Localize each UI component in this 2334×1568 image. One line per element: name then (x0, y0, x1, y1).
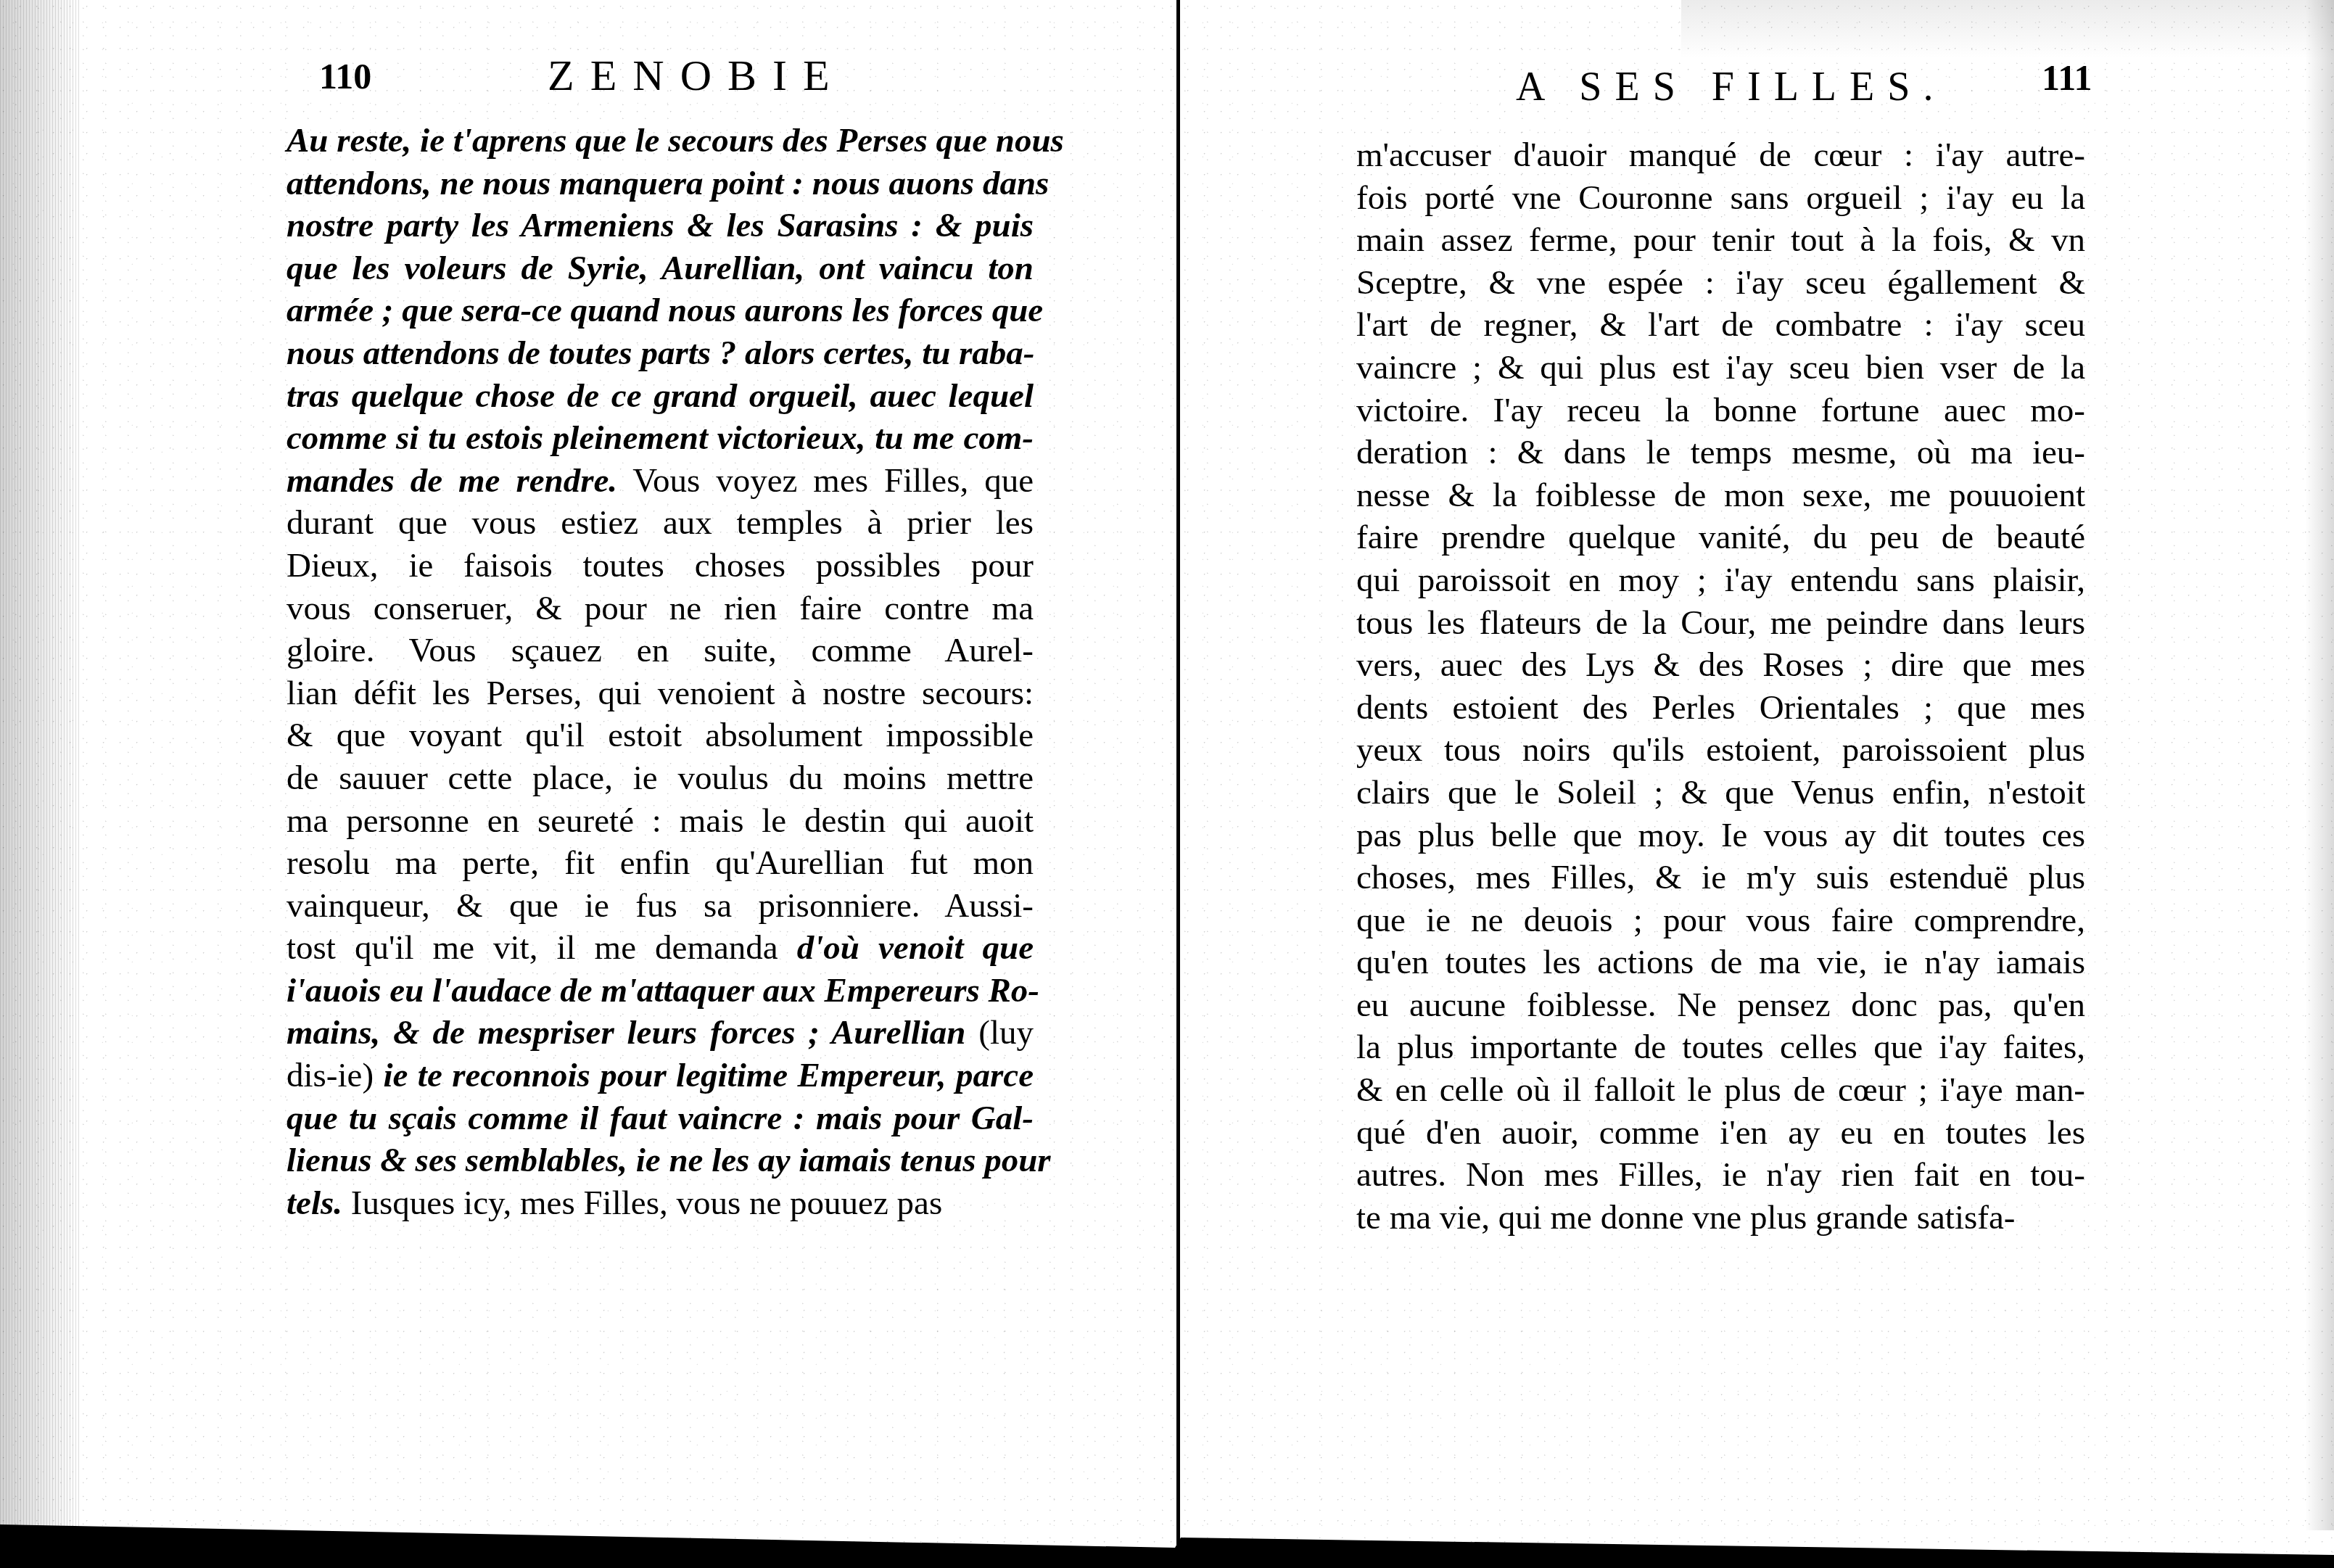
text-line: eu aucune foiblesse. Ne pensez donc pas,… (1356, 984, 2085, 1027)
roman-text-segment: deration : & dans le temps mesme, où ma … (1356, 434, 2085, 471)
roman-text-segment: fois porté vne Couronne sans orgueil ; i… (1356, 179, 2085, 217)
text-line: que les voleurs de Syrie, Aurellian, ont… (286, 247, 1034, 290)
roman-text-segment: faire prendre quelque vanité, du peu de … (1356, 519, 2085, 556)
roman-text-segment: vous conseruer, & pour ne rien faire con… (286, 590, 1034, 627)
text-line: l'art de regner, & l'art de combatre : i… (1356, 304, 2085, 347)
roman-text-segment: lian défit les Perses, qui venoient à no… (286, 674, 1034, 712)
text-line: & en celle où il falloit le plus de cœur… (1356, 1069, 2085, 1112)
text-line: attendons, ne nous manquera point : nous… (286, 162, 1034, 205)
text-line: de sauuer cette place, ie voulus du moin… (286, 757, 1034, 800)
text-line: que ie ne deuois ; pour vous faire compr… (1356, 899, 2085, 942)
text-line: autres. Non mes Filles, ie n'ay rien fai… (1356, 1154, 2085, 1197)
text-line: nesse & la foiblesse de mon sexe, me pou… (1356, 474, 2085, 517)
roman-text-segment: Vous voyez mes Filles, que (617, 462, 1034, 500)
roman-text-segment: que ie ne deuois ; pour vous faire compr… (1356, 901, 2085, 939)
body-text-left: Au reste, ie t'aprens que le secours des… (286, 120, 1034, 1224)
text-line: qu'en toutes les actions de ma vie, ie n… (1356, 941, 2085, 984)
running-head-left: ZENOBIE (548, 51, 846, 101)
roman-text-segment: resolu ma perte, fit enfin qu'Aurellian … (286, 844, 1034, 882)
text-line: faire prendre quelque vanité, du peu de … (1356, 516, 2085, 559)
book-gutter (1176, 0, 1180, 1545)
roman-text-segment: vainqueur, & que ie fus sa prisonniere. … (286, 887, 1034, 925)
roman-text-segment: de sauuer cette place, ie voulus du moin… (286, 759, 1034, 797)
text-line: yeux tous noirs qu'ils estoient, paroiss… (1356, 729, 2085, 772)
roman-text-segment: yeux tous noirs qu'ils estoient, paroiss… (1356, 731, 2085, 769)
roman-text-segment: dents estoient des Perles Orientales ; q… (1356, 689, 2085, 727)
text-line: ma personne en seureté : mais le destin … (286, 800, 1034, 843)
roman-text-segment: la plus importante de toutes celles que … (1356, 1028, 2085, 1066)
roman-text-segment: vers, auec des Lys & des Roses ; dire qu… (1356, 646, 2085, 684)
roman-text-segment: pas plus belle que moy. Ie vous ay dit t… (1356, 817, 2085, 854)
italic-text-segment: tels. (286, 1184, 342, 1222)
roman-text-segment: (luy (965, 1014, 1034, 1052)
text-line: main assez ferme, pour tenir tout à la f… (1356, 219, 2085, 262)
roman-text-segment: victoire. I'ay receu la bonne fortune au… (1356, 392, 2085, 429)
text-line: que tu sçais comme il faut vaincre : mai… (286, 1097, 1034, 1140)
text-line: & que voyant qu'il estoit absolument imp… (286, 714, 1034, 757)
text-line: dents estoient des Perles Orientales ; q… (1356, 687, 2085, 730)
left-page: 110 ZENOBIE Au reste, ie t'aprens que le… (0, 0, 1175, 1523)
roman-text-segment: qui paroissoit en moy ; i'ay entendu san… (1356, 561, 2085, 599)
text-line: vaincre ; & qui plus est i'ay sceu bien … (1356, 347, 2085, 389)
roman-text-segment: ma personne en seureté : mais le destin … (286, 802, 1034, 840)
text-line: qui paroissoit en moy ; i'ay entendu san… (1356, 559, 2085, 602)
roman-text-segment: m'accuser d'auoir manqué de cœur : i'ay … (1356, 136, 2085, 174)
text-line: clairs que le Soleil ; & que Venus enfin… (1356, 772, 2085, 814)
italic-text-segment: i'auois eu l'audace de m'attaquer aux Em… (286, 972, 1039, 1010)
roman-text-segment: tost qu'il me vit, il me demanda (286, 929, 797, 967)
roman-text-segment: nesse & la foiblesse de mon sexe, me pou… (1356, 476, 2085, 514)
text-line: fois porté vne Couronne sans orgueil ; i… (1356, 177, 2085, 220)
text-line: comme si tu estois pleinement victorieux… (286, 417, 1034, 460)
italic-text-segment: attendons, ne nous manquera point : nous… (286, 165, 1049, 202)
roman-text-segment: autres. Non mes Filles, ie n'ay rien fai… (1356, 1156, 2085, 1194)
text-line: i'auois eu l'audace de m'attaquer aux Em… (286, 970, 1034, 1012)
text-line: qué d'en auoir, comme i'en ay eu en tout… (1356, 1112, 2085, 1155)
roman-text-segment: clairs que le Soleil ; & que Venus enfin… (1356, 774, 2085, 812)
italic-text-segment: mains, & de mespriser leurs forces ; Aur… (286, 1014, 965, 1052)
italic-text-segment: armée ; que sera-ce quand nous aurons le… (286, 292, 1043, 329)
roman-text-segment: & en celle où il falloit le plus de cœur… (1356, 1071, 2085, 1109)
book-scan-spread: 110 ZENOBIE Au reste, ie t'aprens que le… (0, 0, 2334, 1568)
text-line: deration : & dans le temps mesme, où ma … (1356, 432, 2085, 474)
roman-text-segment: gloire. Vous sçauez en suite, comme Aure… (286, 632, 1034, 669)
text-line: tost qu'il me vit, il me demanda d'où ve… (286, 927, 1034, 970)
roman-text-segment: vaincre ; & qui plus est i'ay sceu bien … (1356, 349, 2085, 387)
running-head-right: A SES FILLES. (1516, 64, 1946, 110)
roman-text-segment: qué d'en auoir, comme i'en ay eu en tout… (1356, 1114, 2085, 1152)
roman-text-segment: Iusques icy, mes Filles, vous ne pouuez … (342, 1184, 942, 1222)
roman-text-segment: l'art de regner, & l'art de combatre : i… (1356, 306, 2085, 344)
roman-text-segment: te ma vie, qui me donne vne plus grande … (1356, 1199, 2015, 1237)
text-line: armée ; que sera-ce quand nous aurons le… (286, 289, 1034, 332)
text-line: te ma vie, qui me donne vne plus grande … (1356, 1197, 2085, 1239)
italic-text-segment: ie te reconnois pour legitime Empereur, … (384, 1057, 1034, 1094)
text-line: mains, & de mespriser leurs forces ; Aur… (286, 1012, 1034, 1055)
italic-text-segment: lienus & ses semblables, ie ne les ay ia… (286, 1142, 1051, 1179)
roman-text-segment: dis-ie) (286, 1057, 384, 1094)
text-line: Dieux, ie faisois toutes choses possible… (286, 545, 1034, 587)
italic-text-segment: que tu sçais comme il faut vaincre : mai… (286, 1099, 1034, 1137)
page-number-left: 110 (319, 55, 371, 97)
italic-text-segment: Au reste, ie t'aprens que le secours des… (286, 122, 1064, 160)
scanner-bed-edge (0, 1517, 2334, 1568)
text-line: nostre party les Armeniens & les Sarasin… (286, 205, 1034, 247)
text-line: dis-ie) ie te reconnois pour legitime Em… (286, 1055, 1034, 1097)
roman-text-segment: durant que vous estiez aux temples à pri… (286, 504, 1034, 542)
text-line: la plus importante de toutes celles que … (1356, 1026, 2085, 1069)
text-line: gloire. Vous sçauez en suite, comme Aure… (286, 630, 1034, 672)
roman-text-segment: qu'en toutes les actions de ma vie, ie n… (1356, 944, 2085, 981)
text-line: durant que vous estiez aux temples à pri… (286, 502, 1034, 545)
roman-text-segment: eu aucune foiblesse. Ne pensez donc pas,… (1356, 986, 2085, 1024)
italic-text-segment: que les voleurs de Syrie, Aurellian, ont… (286, 249, 1034, 287)
body-text-right: m'accuser d'auoir manqué de cœur : i'ay … (1356, 134, 2085, 1239)
text-line: lienus & ses semblables, ie ne les ay ia… (286, 1139, 1034, 1182)
roman-text-segment: Sceptre, & vne espée : i'ay sceu égallem… (1356, 264, 2085, 302)
text-line: tras quelque chose de ce grand orgueil, … (286, 375, 1034, 418)
text-line: vainqueur, & que ie fus sa prisonniere. … (286, 885, 1034, 928)
italic-text-segment: tras quelque chose de ce grand orgueil, … (286, 377, 1034, 415)
roman-text-segment: Dieux, ie faisois toutes choses possible… (286, 547, 1034, 585)
text-line: victoire. I'ay receu la bonne fortune au… (1356, 389, 2085, 432)
text-line: vous conseruer, & pour ne rien faire con… (286, 587, 1034, 630)
text-line: nous attendons de toutes parts ? alors c… (286, 332, 1034, 375)
text-line: mandes de me rendre. Vous voyez mes Fill… (286, 460, 1034, 503)
italic-text-segment: nous attendons de toutes parts ? alors c… (286, 334, 1035, 372)
roman-text-segment: & que voyant qu'il estoit absolument imp… (286, 717, 1034, 754)
italic-text-segment: comme si tu estois pleinement victorieux… (286, 419, 1034, 457)
text-line: choses, mes Filles, & ie m'y suis estend… (1356, 857, 2085, 899)
right-page: A SES FILLES. 111 m'accuser d'auoir manq… (1181, 0, 2334, 1523)
roman-text-segment: main assez ferme, pour tenir tout à la f… (1356, 221, 2085, 259)
roman-text-segment: tous les flateurs de la Cour, me peindre… (1356, 604, 2085, 642)
text-line: pas plus belle que moy. Ie vous ay dit t… (1356, 814, 2085, 857)
text-line: lian défit les Perses, qui venoient à no… (286, 672, 1034, 715)
text-line: tels. Iusques icy, mes Filles, vous ne p… (286, 1182, 1034, 1225)
page-number-right: 111 (2042, 57, 2092, 99)
italic-text-segment: mandes de me rendre. (286, 462, 617, 500)
text-line: Au reste, ie t'aprens que le secours des… (286, 120, 1034, 162)
text-line: vers, auec des Lys & des Roses ; dire qu… (1356, 644, 2085, 687)
italic-text-segment: nostre party les Armeniens & les Sarasin… (286, 207, 1034, 244)
roman-text-segment: choses, mes Filles, & ie m'y suis estend… (1356, 859, 2085, 896)
text-line: Sceptre, & vne espée : i'ay sceu égallem… (1356, 262, 2085, 305)
italic-text-segment: d'où venoit que (797, 929, 1034, 967)
text-line: resolu ma perte, fit enfin qu'Aurellian … (286, 842, 1034, 885)
text-line: m'accuser d'auoir manqué de cœur : i'ay … (1356, 134, 2085, 177)
text-line: tous les flateurs de la Cour, me peindre… (1356, 602, 2085, 645)
